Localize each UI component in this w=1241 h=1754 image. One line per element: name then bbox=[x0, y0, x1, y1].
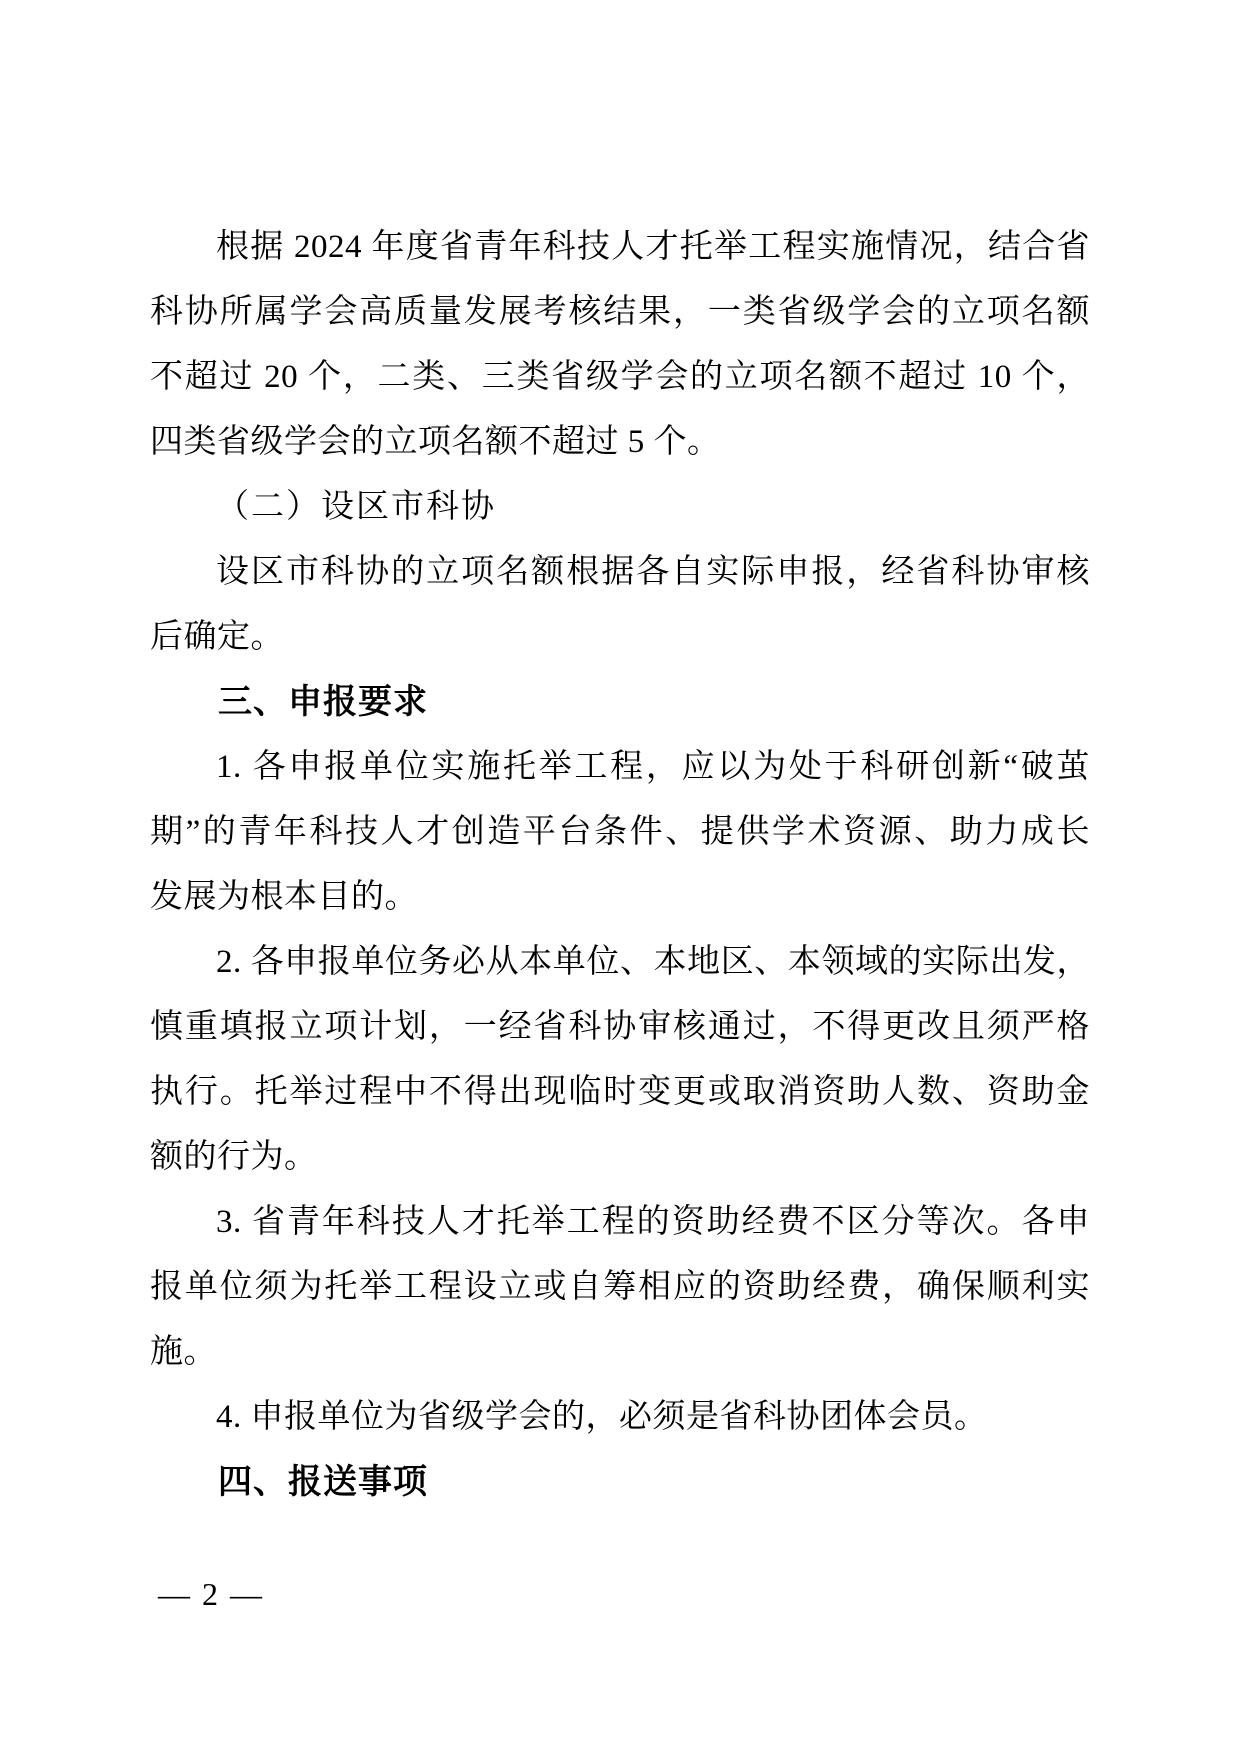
body-line: 施。 bbox=[150, 1320, 1090, 1385]
page-number: — 2 — bbox=[158, 1576, 264, 1613]
body-line: 2. 各申报单位务必从本单位、本地区、本领域的实际出发， bbox=[150, 930, 1090, 995]
body-line: 4. 申报单位为省级学会的，必须是省科协团体会员。 bbox=[150, 1385, 1090, 1450]
body-line: 额的行为。 bbox=[150, 1125, 1090, 1190]
body-line: 发展为根本目的。 bbox=[150, 865, 1090, 930]
section-heading: 四、报送事项 bbox=[150, 1450, 1090, 1515]
body-line: 1. 各申报单位实施托举工程，应以为处于科研创新“破茧 bbox=[150, 735, 1090, 800]
document-body: 根据 2024 年度省青年科技人才托举工程实施情况，结合省 科协所属学会高质量发… bbox=[150, 215, 1090, 1515]
body-line: 设区市科协的立项名额根据各自实际申报，经省科协审核 bbox=[150, 540, 1090, 605]
body-line: 后确定。 bbox=[150, 605, 1090, 670]
body-line: 期”的青年科技人才创造平台条件、提供学术资源、助力成长 bbox=[150, 800, 1090, 865]
body-line: 执行。托举过程中不得出现临时变更或取消资助人数、资助金 bbox=[150, 1060, 1090, 1125]
body-line: 报单位须为托举工程设立或自筹相应的资助经费，确保顺利实 bbox=[150, 1255, 1090, 1320]
body-line: 不超过 20 个，二类、三类省级学会的立项名额不超过 10 个， bbox=[150, 345, 1090, 410]
body-line: 科协所属学会高质量发展考核结果，一类省级学会的立项名额 bbox=[150, 280, 1090, 345]
document-page: 根据 2024 年度省青年科技人才托举工程实施情况，结合省 科协所属学会高质量发… bbox=[0, 0, 1241, 1754]
body-line: 根据 2024 年度省青年科技人才托举工程实施情况，结合省 bbox=[150, 215, 1090, 280]
body-line: 慎重填报立项计划，一经省科协审核通过，不得更改且须严格 bbox=[150, 995, 1090, 1060]
subsection-heading: （二）设区市科协 bbox=[150, 475, 1090, 540]
body-line: 四类省级学会的立项名额不超过 5 个。 bbox=[150, 410, 1090, 475]
body-line: 3. 省青年科技人才托举工程的资助经费不区分等次。各申 bbox=[150, 1190, 1090, 1255]
section-heading: 三、申报要求 bbox=[150, 670, 1090, 735]
